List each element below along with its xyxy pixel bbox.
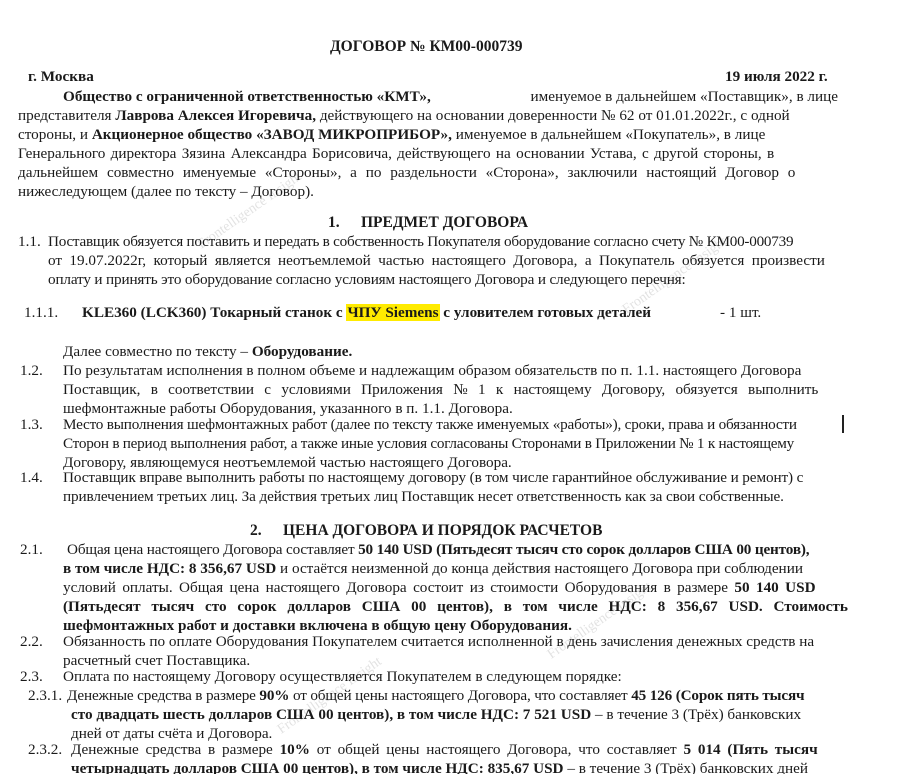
- preamble-text: именуемое в дальнейшем «Покупатель», в л…: [452, 126, 765, 143]
- payment-amount: сто двадцать шесть долларов США 00 центо…: [71, 706, 591, 723]
- clause-1-1-line-3: оплату и принять это оборудование соглас…: [48, 270, 686, 289]
- item-number: 1.1.1.: [24, 303, 58, 322]
- clause-number: 1.3.: [20, 415, 43, 434]
- equipment-name: KLE360 (LCK360) Токарный станок с: [82, 304, 346, 321]
- preamble-line-4: Генерального директора Зязина Александра…: [18, 144, 774, 163]
- definition-term: Оборудование.: [252, 343, 352, 360]
- total-price: 50 140 USD (Пятьдесят тысяч сто сорок до…: [358, 541, 809, 558]
- preamble-line-3: стороны, и Акционерное общество «ЗАВОД М…: [18, 125, 765, 144]
- section-1-heading: ПРЕДМЕТ ДОГОВОРА: [361, 213, 528, 232]
- equipment-name: с уловителем готовых деталей: [440, 304, 652, 321]
- clause-2-3-2-line-1: Денежные средства в размере 10% от общей…: [71, 740, 818, 759]
- buyer-name: Акционерное общество «ЗАВОД МИКРОПРИБОР»…: [92, 126, 452, 143]
- document-title: ДОГОВОР № КМ00-000739: [330, 37, 522, 56]
- highlighted-text: ЧПУ Siemens: [346, 304, 439, 321]
- preamble-text: представителя: [18, 107, 115, 124]
- supplier-name: Общество с ограниченной ответственностью…: [63, 87, 431, 106]
- section-2-number: 2.: [250, 521, 262, 540]
- clause-1-1-line-1: Поставщик обязуется поставить и передать…: [48, 232, 793, 251]
- clause-text: от общей цены настоящего Договора, что с…: [310, 741, 684, 758]
- clause-number: 2.2.: [20, 632, 43, 651]
- preamble-text: действующего на основании доверенности №…: [316, 107, 790, 124]
- clause-text: Денежные средства в размере: [67, 687, 259, 704]
- clause-1-3-line-2: Сторон в период выполнения работ, а такж…: [63, 434, 794, 453]
- clause-text: от общей цены настоящего Договора, что с…: [289, 687, 631, 704]
- preamble-text: стороны, и: [18, 126, 92, 143]
- section-2-heading: ЦЕНА ДОГОВОРА И ПОРЯДОК РАСЧЕТОВ: [283, 521, 602, 540]
- percent: 90%: [259, 687, 289, 704]
- clause-2-3-1-line-1: Денежные средства в размере 90% от общей…: [67, 686, 804, 705]
- vat-amount: в том числе НДС: 8 356,67 USD: [63, 560, 276, 577]
- date: 19 июля 2022 г.: [725, 67, 828, 86]
- clause-number: 1.2.: [20, 361, 43, 380]
- equipment-quantity: - 1 шт.: [720, 303, 761, 322]
- clause-number: 2.3.2.: [28, 740, 62, 759]
- clause-2-2-line-1: Обязанность по оплате Оборудования Покуп…: [63, 632, 814, 651]
- clause-2-3-2-line-2: четырнадцать долларов США 00 центов), в …: [71, 759, 808, 774]
- clause-text: Денежные средства в размере: [71, 741, 280, 758]
- clause-1-1-line-2: от 19.07.2022г, который является неотъем…: [48, 251, 825, 270]
- clause-1-3-line-1: Место выполнения шефмонтажных работ (дал…: [63, 415, 797, 434]
- clause-2-1-line-1: Общая цена настоящего Договора составляе…: [67, 540, 809, 559]
- clause-number: 2.1.: [20, 540, 43, 559]
- clause-number: 1.4.: [20, 468, 43, 487]
- contract-page: Frontelligence Insight Frontelligence In…: [0, 0, 900, 774]
- clause-1-4-line-2: привлечением третьих лиц. За действия тр…: [63, 487, 784, 506]
- equipment-price: 50 140 USD: [734, 579, 815, 596]
- clause-number: 2.3.: [20, 667, 43, 686]
- clause-1-2-line-1: По результатам исполнения в полном объем…: [63, 361, 801, 380]
- percent: 10%: [280, 741, 310, 758]
- equipment-definition: Далее совместно по тексту – Оборудование…: [63, 342, 352, 361]
- preamble-line-2: представителя Лаврова Алексея Игоревича,…: [18, 106, 838, 125]
- clause-2-3-line-1: Оплата по настоящему Договору осуществля…: [63, 667, 622, 686]
- preamble-line-6: нижеследующем (далее по тексту – Договор…: [18, 182, 314, 201]
- clause-text: условий оплаты. Общая цена настоящего До…: [63, 579, 734, 596]
- clause-text: Общая цена настоящего Договора составляе…: [67, 541, 358, 558]
- representative-name: Лаврова Алексея Игоревича,: [115, 107, 316, 124]
- clause-2-1-line-3: условий оплаты. Общая цена настоящего До…: [63, 578, 816, 597]
- section-1-number: 1.: [328, 213, 340, 232]
- city: г. Москва: [28, 67, 94, 86]
- payment-amount: четырнадцать долларов США 00 центов), в …: [71, 760, 564, 774]
- payment-amount: 45 126 (Сорок пять тысяч: [631, 687, 804, 704]
- preamble-line-5: дальнейшем совместно именуемые «Стороны»…: [18, 163, 795, 182]
- clause-number: 1.1.: [18, 232, 41, 251]
- payment-amount: 5 014 (Пять тысяч: [683, 741, 817, 758]
- clause-2-1-line-4: (Пятьдесят тысяч сто сорок долларов США …: [63, 597, 848, 616]
- definition-text: Далее совместно по тексту –: [63, 343, 252, 360]
- clause-1-4-line-1: Поставщик вправе выполнить работы по нас…: [63, 468, 803, 487]
- clause-number: 2.3.1.: [28, 686, 62, 705]
- clause-2-1-line-2: в том числе НДС: 8 356,67 USD и остаётся…: [63, 559, 803, 578]
- text-cursor: [842, 415, 844, 433]
- clause-text: – в течение 3 (Трёх) банковских: [591, 706, 801, 723]
- preamble-line-1: Общество с ограниченной ответственностью…: [63, 87, 838, 106]
- clause-1-2-line-2: Поставщик, в соответствии с условиями Пр…: [63, 380, 818, 399]
- preamble-text: именуемое в дальнейшем «Поставщик», в ли…: [530, 87, 838, 106]
- clause-2-3-1-line-2: сто двадцать шесть долларов США 00 центо…: [71, 705, 801, 724]
- clause-text: и остаётся неизменной до конца действия …: [276, 560, 803, 577]
- clause-text: – в течение 3 (Трёх) банковских дней: [564, 760, 809, 774]
- equipment-item: KLE360 (LCK360) Токарный станок с ЧПУ Si…: [82, 303, 651, 322]
